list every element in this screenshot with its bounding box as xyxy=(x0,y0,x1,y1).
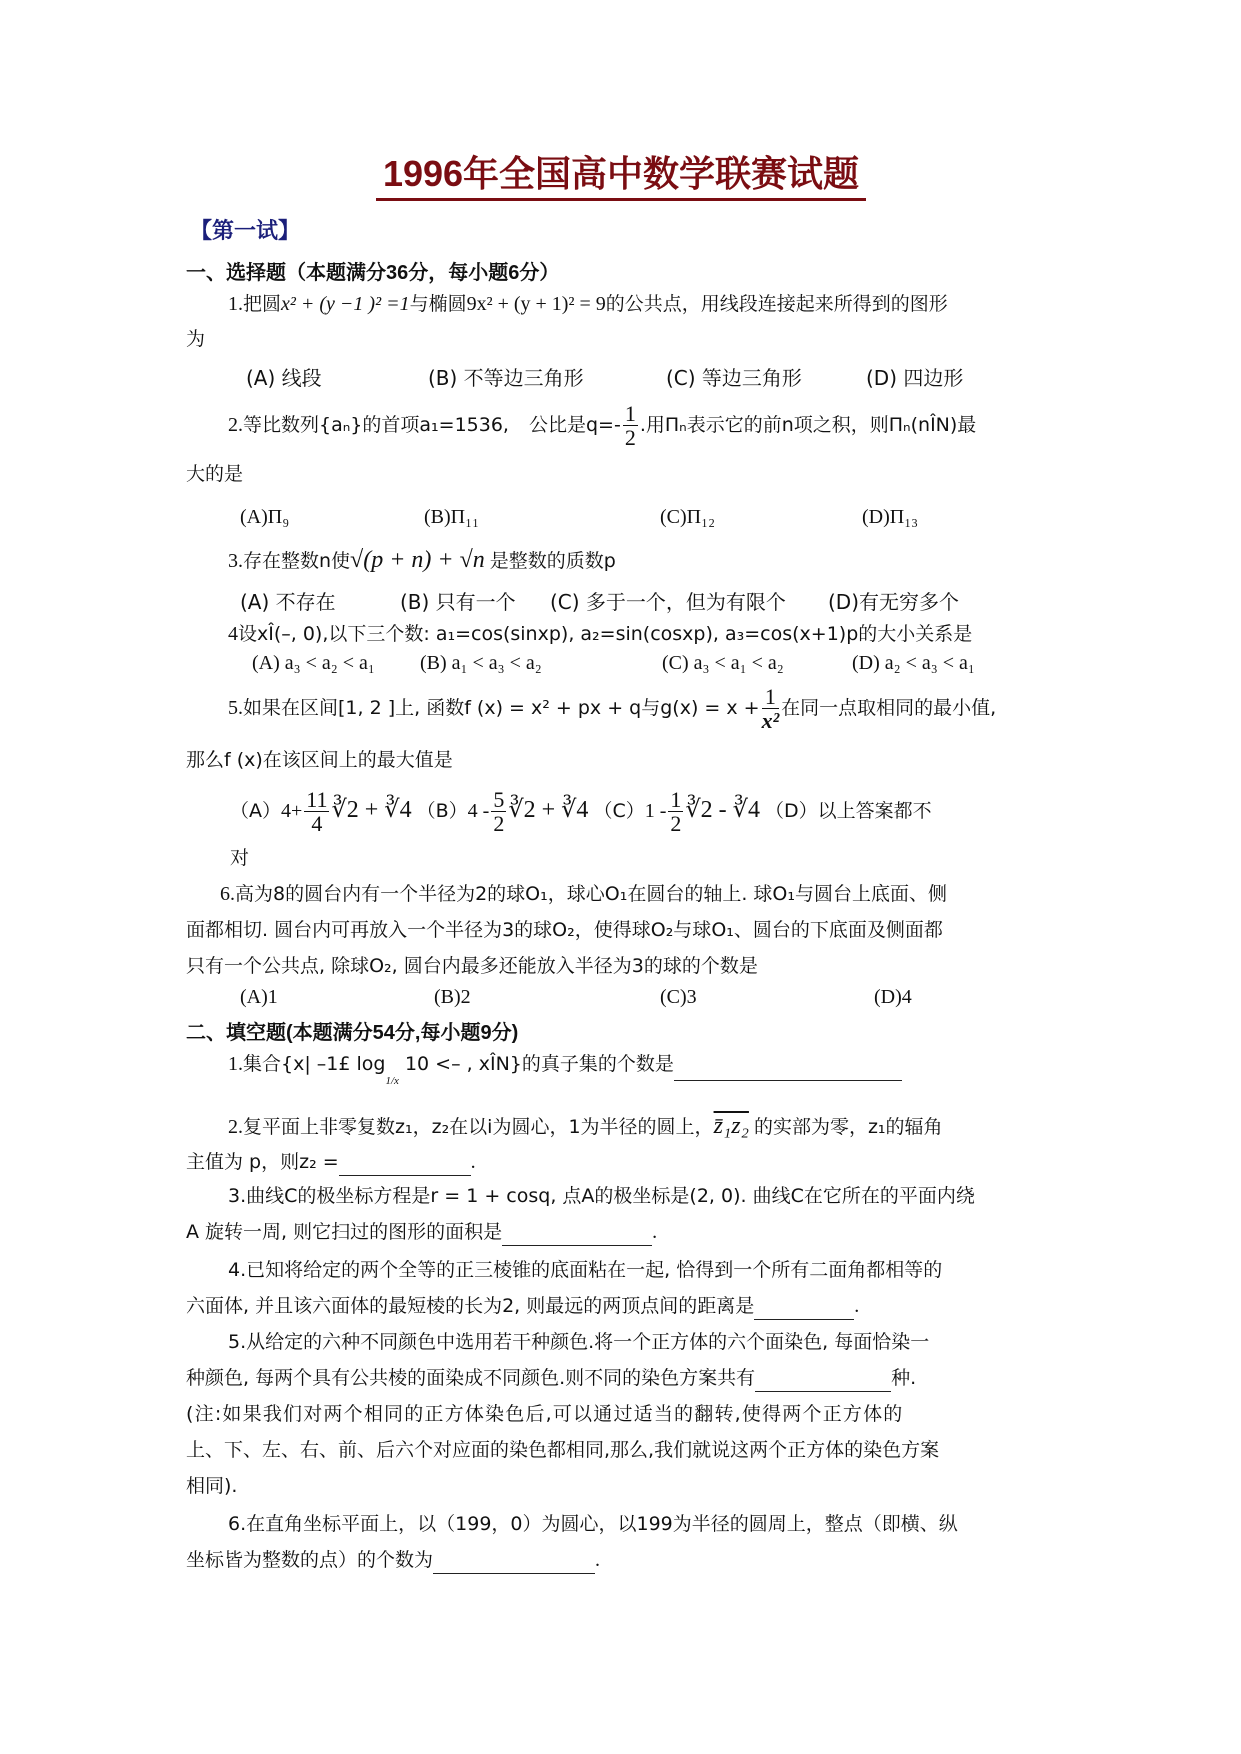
option-c: (C) 等边三角形 xyxy=(666,362,802,391)
period: . xyxy=(854,1295,859,1317)
question-text: 在直角坐标平面上，以（199，0）为圆心，以199为半径的圆周上，整点（即横、纵 xyxy=(246,1513,958,1535)
question-text: 公比是q=- xyxy=(529,414,621,436)
option-b: (B)2 xyxy=(434,986,471,1009)
question-text: 六面体, 并且该六面体的最短棱的长为2, 则最远的两顶点间的距离是 xyxy=(186,1295,754,1317)
option-d: (D) a₂ < a₃ < a₁ xyxy=(852,652,975,675)
option-a-radicals: ∛2 + ∛4 xyxy=(331,797,411,823)
fraction: 12 xyxy=(668,789,683,836)
option-b: (B) 只有一个 xyxy=(400,586,516,615)
question-text: 曲线C的极坐标方程是r = 1 + cosq, 点A的极坐标是(2, 0). 曲… xyxy=(246,1185,975,1207)
option-a: (A) 线段 xyxy=(246,362,322,391)
question-text: 集合{x| –1£ log xyxy=(243,1053,385,1075)
question-6-line-3: 只有一个公共点, 除球O₂, 圆台内最多还能放入半径为3的球的个数是 xyxy=(186,952,758,980)
question-text: 在同一点取相同的最小值, xyxy=(781,697,996,719)
option-a-label: （A） xyxy=(230,800,281,822)
numerator: 1 xyxy=(623,403,638,426)
option-b-pre: 4 - xyxy=(468,800,490,822)
fill-question-6-continuation: 坐标皆为整数的点）的个数为. xyxy=(186,1546,600,1574)
question-text: 设xÎ(–, 0),以下三个数: a₁=cos(sinxp), a₂=sin(c… xyxy=(238,623,972,645)
question-text: 与椭圆 xyxy=(410,293,467,315)
fill-question-6-line: 6.在直角坐标平面上，以（199，0）为圆心，以199为半径的圆周上，整点（即横… xyxy=(228,1510,958,1538)
question-5-continuation: 那么f (x)在该区间上的最大值是 xyxy=(186,746,453,774)
question-4-line: 4设xÎ(–, 0),以下三个数: a₁=cos(sinxp), a₂=sin(… xyxy=(228,620,972,648)
question-number: 3. xyxy=(228,550,243,572)
unit-label: 种. xyxy=(891,1367,916,1389)
denominator: x² xyxy=(762,709,780,733)
option-a: (A)Π₉ xyxy=(240,506,289,529)
math-expression: z̄₁z₂ xyxy=(714,1113,749,1139)
answer-blank[interactable] xyxy=(502,1225,652,1246)
fraction: 114 xyxy=(304,789,329,836)
option-d-label: （D） xyxy=(765,800,818,822)
question-text: 复平面上非零复数z₁，z₂在以i为圆心，1为半径的圆上， xyxy=(243,1116,714,1138)
option-d: (D) 四边形 xyxy=(866,362,963,391)
answer-blank[interactable] xyxy=(674,1060,902,1081)
option-c: (C)Π₁₂ xyxy=(660,506,715,529)
question-text: 把圆 xyxy=(243,293,281,315)
question-number: 2. xyxy=(228,414,243,436)
option-b-radicals: ∛2 + ∛4 xyxy=(508,797,588,823)
question-number: 6. xyxy=(220,883,235,905)
question-text: 存在整数n使 xyxy=(243,550,350,572)
question-text: 种颜色, 每两个具有公共棱的面染成不同颜色.则不同的染色方案共有 xyxy=(186,1367,755,1389)
question-number: 1. xyxy=(228,293,243,315)
question-text: 10 <– , xÎN}的真子集的个数是 xyxy=(399,1053,674,1075)
fill-question-4-continuation: 六面体, 并且该六面体的最短棱的长为2, 则最远的两顶点间的距离是. xyxy=(186,1292,859,1320)
question-text: 是整数的质数p xyxy=(490,550,616,572)
question-2-continuation: 大的是 xyxy=(186,460,243,488)
fill-question-5-note-2: 上、下、左、右、前、后六个对应面的染色都相同,那么,我们就说这两个正方体的染色方… xyxy=(186,1436,939,1464)
question-text: 高为8的圆台内有一个半径为2的球O₁，球心O₁在圆台的轴上. 球O₁与圆台上底面… xyxy=(235,883,947,905)
option-d: (D)Π₁₃ xyxy=(862,506,918,529)
question-5-options: （A）4+114∛2 + ∛4 （B）4 -52∛2 + ∛4 （C）1 -12… xyxy=(230,782,932,839)
question-3-line: 3.存在整数n使√(p + n) + √n 是整数的质数p xyxy=(228,546,616,575)
numerator: 5 xyxy=(491,789,506,812)
fill-question-5-note-1: (注:如果我们对两个相同的正方体染色后,可以通过适当的翻转,使得两个正方体的 xyxy=(186,1400,904,1428)
math-expression: √(p + n) + √n xyxy=(350,547,485,573)
question-text: 主值为 p，则z₂ = xyxy=(186,1151,339,1173)
fill-question-3-line: 3.曲线C的极坐标方程是r = 1 + cosq, 点A的极坐标是(2, 0).… xyxy=(228,1182,975,1210)
fill-question-5-note-3: 相同). xyxy=(186,1472,237,1500)
question-text: 如果在区间[1, 2 ]上, 函数f (x) = x² + px + q与g(x… xyxy=(243,697,760,719)
question-number: 1. xyxy=(228,1053,243,1075)
option-b: (B) a₁ < a₃ < a₂ xyxy=(420,652,542,675)
fraction: 52 xyxy=(491,789,506,836)
fraction: 12 xyxy=(623,403,638,450)
fraction: 1x² xyxy=(762,686,780,733)
question-text: 的实部为零，z₁的辐角 xyxy=(754,1116,943,1138)
question-1-line: 1.把圆x² + (y −1 )² =1与椭圆9x² + (y + 1)² = … xyxy=(228,290,948,318)
question-5-line: 5.如果在区间[1, 2 ]上, 函数f (x) = x² + px + q与g… xyxy=(228,680,996,736)
question-text: 从给定的六种不同颜色中选用若干种颜色.将一个正方体的六个面染色, 每面恰染一 xyxy=(246,1331,929,1353)
question-5-options-wrap: 对 xyxy=(230,844,249,872)
fill-question-4-line: 4.已知将给定的两个全等的正三棱锥的底面粘在一起, 恰得到一个所有二面角都相等的 xyxy=(228,1256,942,1284)
question-text: A 旋转一周, 则它扫过的图形的面积是 xyxy=(186,1221,502,1243)
option-a: (A)1 xyxy=(240,986,278,1009)
denominator: 2 xyxy=(668,812,683,836)
fill-question-2-continuation: 主值为 p，则z₂ =. xyxy=(186,1148,476,1176)
option-b-label: （B） xyxy=(417,800,468,822)
question-1-continuation: 为 xyxy=(186,325,205,353)
exam-page: 1996年全国高中数学联赛试题 【第一试】 一、选择题（本题满分36分，每小题6… xyxy=(0,0,1241,1754)
option-b: (B)Π₁₁ xyxy=(424,506,479,529)
answer-blank[interactable] xyxy=(339,1155,471,1176)
math-expression: x² + (y −1 )² =1 xyxy=(281,293,410,315)
question-number: 6. xyxy=(228,1513,246,1535)
option-c: (C) 多于一个，但为有限个 xyxy=(550,586,786,615)
option-d: (D)有无穷多个 xyxy=(828,586,959,615)
option-c-pre: 1 - xyxy=(645,800,667,822)
denominator: 4 xyxy=(304,812,329,836)
exam-part-label: 【第一试】 xyxy=(190,214,300,245)
numerator: 11 xyxy=(304,789,329,812)
question-text: 等比数列{aₙ}的首项a₁=1536, xyxy=(243,414,509,436)
option-c-label: （C） xyxy=(593,800,644,822)
question-text: 已知将给定的两个全等的正三棱锥的底面粘在一起, 恰得到一个所有二面角都相等的 xyxy=(246,1259,942,1281)
question-text: 坐标皆为整数的点）的个数为 xyxy=(186,1549,433,1571)
numerator: 1 xyxy=(668,789,683,812)
option-b: (B) 不等边三角形 xyxy=(428,362,584,391)
question-6-line-1: 6.高为8的圆台内有一个半径为2的球O₁，球心O₁在圆台的轴上. 球O₁与圆台上… xyxy=(220,880,947,908)
period: . xyxy=(652,1221,657,1243)
page-title: 1996年全国高中数学联赛试题 xyxy=(376,152,866,201)
answer-blank[interactable] xyxy=(754,1299,854,1320)
question-number: 4 xyxy=(228,623,238,645)
log-base: 1/x xyxy=(385,1075,398,1087)
option-c: (C) a₃ < a₁ < a₂ xyxy=(662,652,784,675)
option-a: (A) 不存在 xyxy=(240,586,336,615)
option-c: (C)3 xyxy=(660,986,697,1009)
math-expression: 9x² + (y + 1)² = 9 xyxy=(467,293,606,315)
question-number: 3. xyxy=(228,1185,246,1207)
answer-blank[interactable] xyxy=(433,1553,595,1574)
question-number: 2. xyxy=(228,1116,243,1138)
fill-question-5-line: 5.从给定的六种不同颜色中选用若干种颜色.将一个正方体的六个面染色, 每面恰染一 xyxy=(228,1328,929,1356)
denominator: 2 xyxy=(623,426,638,450)
period: . xyxy=(471,1151,476,1173)
option-a: (A) a₃ < a₂ < a₁ xyxy=(252,652,375,675)
fill-question-3-continuation: A 旋转一周, 则它扫过的图形的面积是. xyxy=(186,1218,657,1246)
question-number: 5. xyxy=(228,1331,246,1353)
section-heading-choice: 一、选择题（本题满分36分，每小题6分） xyxy=(186,256,559,285)
option-c-radicals: ∛2 - ∛4 xyxy=(685,797,760,823)
question-6-line-2: 面都相切. 圆台内可再放入一个半径为3的球O₂，使得球O₂与球O₁、圆台的下底面… xyxy=(186,916,943,944)
fill-question-2-line: 2.复平面上非零复数z₁，z₂在以i为圆心，1为半径的圆上，z̄₁z₂ 的实部为… xyxy=(228,1112,943,1141)
denominator: 2 xyxy=(491,812,506,836)
section-heading-fill-in: 二、填空题(本题满分54分,每小题9分) xyxy=(186,1016,518,1045)
fill-question-1-line: 1.集合{x| –1£ log1/x 10 <– , xÎN}的真子集的个数是 xyxy=(228,1050,902,1081)
period: . xyxy=(595,1549,600,1571)
question-number: 5. xyxy=(228,697,243,719)
answer-blank[interactable] xyxy=(755,1371,891,1392)
question-number: 4. xyxy=(228,1259,246,1281)
option-d: (D)4 xyxy=(874,986,912,1009)
fill-question-5-continuation: 种颜色, 每两个具有公共棱的面染成不同颜色.则不同的染色方案共有种. xyxy=(186,1364,916,1392)
question-text: 的公共点，用线段连接起来所得到的图形 xyxy=(606,293,948,315)
numerator: 1 xyxy=(762,686,780,709)
option-d-text: 以上答案都不 xyxy=(818,800,932,822)
option-a-pre: 4+ xyxy=(281,800,302,822)
question-2-line: 2.等比数列{aₙ}的首项a₁=1536, 公比是q=-12.用Πₙ表示它的前n… xyxy=(228,398,976,452)
question-text: .用Πₙ表示它的前n项之积，则Πₙ(nÎN)最 xyxy=(640,414,976,436)
